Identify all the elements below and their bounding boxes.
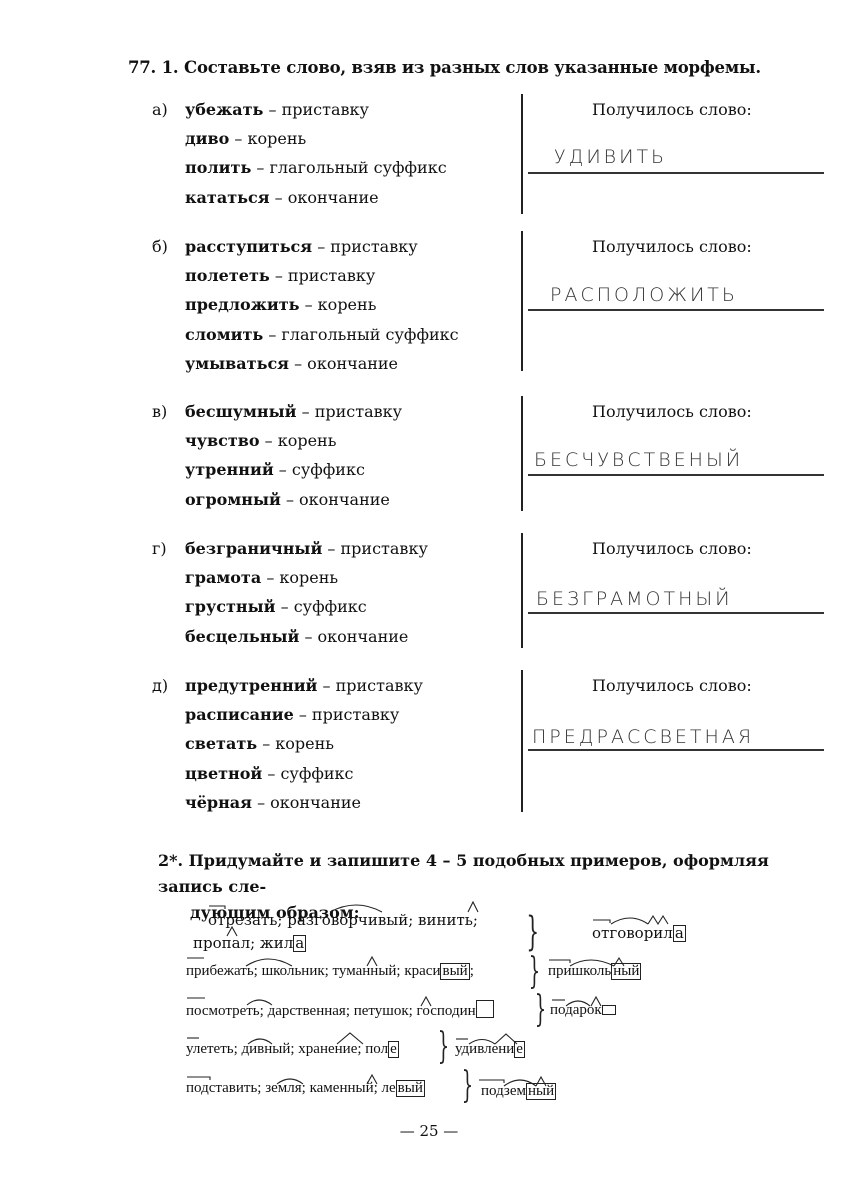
morpheme-row: расступиться – приставку [185,237,459,266]
morpheme-row: цветной – суффикс [185,764,423,793]
divider [521,231,523,371]
exercise-instruction: Составьте слово, взяв из разных слов ука… [184,58,761,77]
morpheme-row: чувство – корень [185,431,402,460]
example-result: подземный [481,1083,556,1100]
divider [521,670,523,812]
morpheme-row: грамота – корень [185,568,428,597]
example-result: пришкольный [548,963,641,980]
item-letter: д) [152,676,168,695]
item-a: а) убежать – приставку диво – корень пол… [152,100,842,210]
item-letter: в) [152,402,167,421]
result-label: Получилось слово: [592,237,752,256]
task2-number: 2*. [158,851,183,870]
sample-line2: пропал; жила [193,934,306,952]
morpheme-row: светать – корень [185,734,423,763]
morpheme-row: грустный – суффикс [185,597,428,626]
morpheme-row: сломить – глагольный суффикс [185,325,459,354]
example-result: удивление [455,1041,525,1058]
answer-field[interactable]: ПРЕДРАССВЕТНАЯ [532,726,754,748]
morpheme-row: кататься – окончание [185,188,447,217]
answer-field[interactable]: БЕСЧУВСТВЕНЫЙ [534,449,743,471]
result-label: Получилось слово: [592,676,752,695]
sample-line1: отрезать; разговорчивый; винить; [208,911,478,929]
morpheme-row: предутренний – приставку [185,676,423,705]
morpheme-row: убежать – приставку [185,100,447,129]
morpheme-row: огромный – окончание [185,490,402,519]
answer-underline [528,612,824,614]
example-row: прибежать; школьник; туманный; красивый; [186,963,474,980]
brace: } [529,952,540,992]
morpheme-row: умываться – окончание [185,354,459,383]
result-label: Получилось слово: [592,100,752,119]
morpheme-row: диво – корень [185,129,447,158]
sample-result: отговорила [592,924,686,942]
answer-underline [528,172,824,174]
result-label: Получилось слово: [592,539,752,558]
brace: } [526,910,539,954]
brace: } [535,990,546,1030]
exercise-number: 77. 1. [128,58,178,77]
divider [521,533,523,648]
page-number: — 25 — [0,1122,858,1140]
example-row: посмотреть; дарственная; петушок; господ… [186,1000,494,1020]
divider [521,94,523,214]
morpheme-row: полететь – приставку [185,266,459,295]
exercise-title: 77. 1. Составьте слово, взяв из разных с… [128,58,761,77]
answer-field[interactable]: УДИВИТЬ [554,146,667,168]
answer-underline [528,474,824,476]
answer-field[interactable]: БЕЗГРАМОТНЫЙ [536,588,733,610]
item-letter: а) [152,100,168,119]
answer-underline [528,309,824,311]
morpheme-row: расписание – приставку [185,705,423,734]
divider [521,396,523,511]
example-row: подставить; земля; каменный; левый [186,1080,425,1097]
item-letter: г) [152,539,167,558]
example-row: улететь; дивный; хранение; поле [186,1041,399,1058]
morpheme-row: бесшумный – приставку [185,402,402,431]
item-b: б) расступиться – приставку полететь – п… [152,237,842,387]
morpheme-row: чёрная – окончание [185,793,423,822]
morpheme-row: полить – глагольный суффикс [185,158,447,187]
item-g: г) безграничный – приставку грамота – ко… [152,539,842,649]
item-v: в) бесшумный – приставку чувство – корен… [152,402,842,512]
answer-underline [528,749,824,751]
morpheme-row: безграничный – приставку [185,539,428,568]
item-d: д) предутренний – приставку расписание –… [152,676,842,826]
brace: } [462,1066,473,1106]
morpheme-row: предложить – корень [185,295,459,324]
result-label: Получилось слово: [592,402,752,421]
brace: } [438,1027,449,1067]
morpheme-row: бесцельный – окончание [185,627,428,656]
item-letter: б) [152,237,168,256]
answer-field[interactable]: РАСПОЛОЖИТЬ [550,284,738,306]
morpheme-row: утренний – суффикс [185,460,402,489]
example-result: подарок [550,1002,616,1019]
